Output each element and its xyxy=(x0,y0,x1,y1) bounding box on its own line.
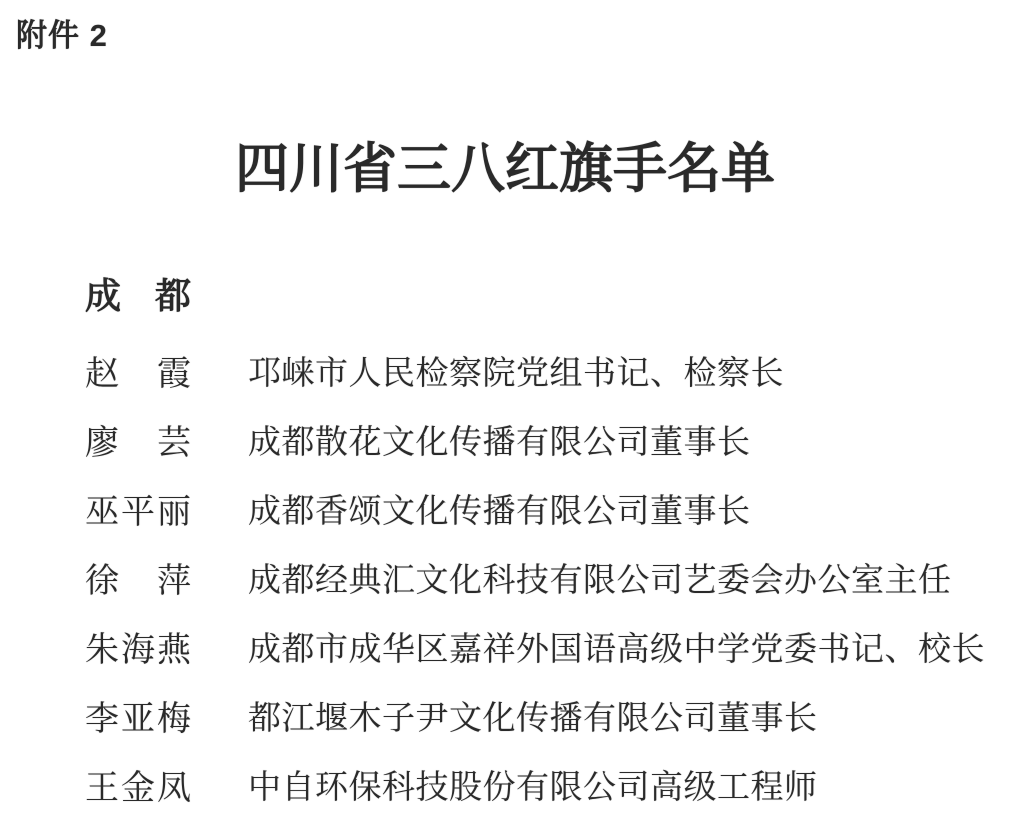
person-title: 成都经典汇文化科技有限公司艺委会办公室主任 xyxy=(248,554,952,601)
person-name: 王金凤 xyxy=(85,760,191,809)
person-name: 朱海燕 xyxy=(85,622,191,671)
name-char: 王 xyxy=(85,760,119,809)
name-char: 平 xyxy=(121,484,155,533)
name-char: 金 xyxy=(121,760,155,809)
name-char: 巫 xyxy=(85,484,119,533)
list-item: 李亚梅 都江堰木子尹文化传播有限公司董事长 xyxy=(85,681,1025,750)
person-title: 成都香颂文化传播有限公司董事长 xyxy=(248,485,751,532)
name-char: 凤 xyxy=(157,760,191,809)
list-item: 王金凤 中自环保科技股份有限公司高级工程师 xyxy=(85,750,1025,819)
person-title: 成都市成华区嘉祥外国语高级中学党委书记、校长 xyxy=(248,623,985,670)
list-item: 赵霞 邛崃市人民检察院党组书记、检察长 xyxy=(85,336,1025,405)
name-char: 徐 xyxy=(85,553,119,602)
list-item: 廖芸 成都散花文化传播有限公司董事长 xyxy=(85,405,1025,474)
section-city: 成都 xyxy=(85,268,191,319)
list-item: 徐萍 成都经典汇文化科技有限公司艺委会办公室主任 xyxy=(85,543,1025,612)
list-item: 朱海燕 成都市成华区嘉祥外国语高级中学党委书记、校长 xyxy=(85,612,1025,681)
person-title: 邛崃市人民检察院党组书记、检察长 xyxy=(248,347,784,394)
name-char: 廖 xyxy=(85,415,119,464)
person-name: 李亚梅 xyxy=(85,691,191,740)
person-title: 中自环保科技股份有限公司高级工程师 xyxy=(248,761,818,808)
name-char: 李 xyxy=(85,691,119,740)
name-char: 燕 xyxy=(157,622,191,671)
person-title: 成都散花文化传播有限公司董事长 xyxy=(248,416,751,463)
name-char: 亚 xyxy=(121,691,155,740)
person-name: 赵霞 xyxy=(85,346,191,395)
name-char: 朱 xyxy=(85,622,119,671)
attachment-label: 附件 2 xyxy=(16,10,108,55)
page-title: 四川省三八红旗手名单 xyxy=(0,126,1010,203)
name-char: 萍 xyxy=(157,553,191,602)
name-char: 芸 xyxy=(157,415,191,464)
name-char: 梅 xyxy=(157,691,191,740)
list-item: 巫平丽 成都香颂文化传播有限公司董事长 xyxy=(85,474,1025,543)
name-char: 成 xyxy=(85,268,121,319)
name-char: 海 xyxy=(121,622,155,671)
name-char: 丽 xyxy=(157,484,191,533)
document-page: 附件 2 四川省三八红旗手名单 成都 赵霞 邛崃市人民检察院党组书记、检察长 廖… xyxy=(0,0,1030,836)
name-char: 霞 xyxy=(157,346,191,395)
name-char: 赵 xyxy=(85,346,119,395)
person-name: 徐萍 xyxy=(85,553,191,602)
name-char: 都 xyxy=(155,268,191,319)
person-title: 都江堰木子尹文化传播有限公司董事长 xyxy=(248,692,818,739)
person-name: 巫平丽 xyxy=(85,484,191,533)
honoree-list: 赵霞 邛崃市人民检察院党组书记、检察长 廖芸 成都散花文化传播有限公司董事长 巫… xyxy=(85,336,1025,819)
person-name: 廖芸 xyxy=(85,415,191,464)
